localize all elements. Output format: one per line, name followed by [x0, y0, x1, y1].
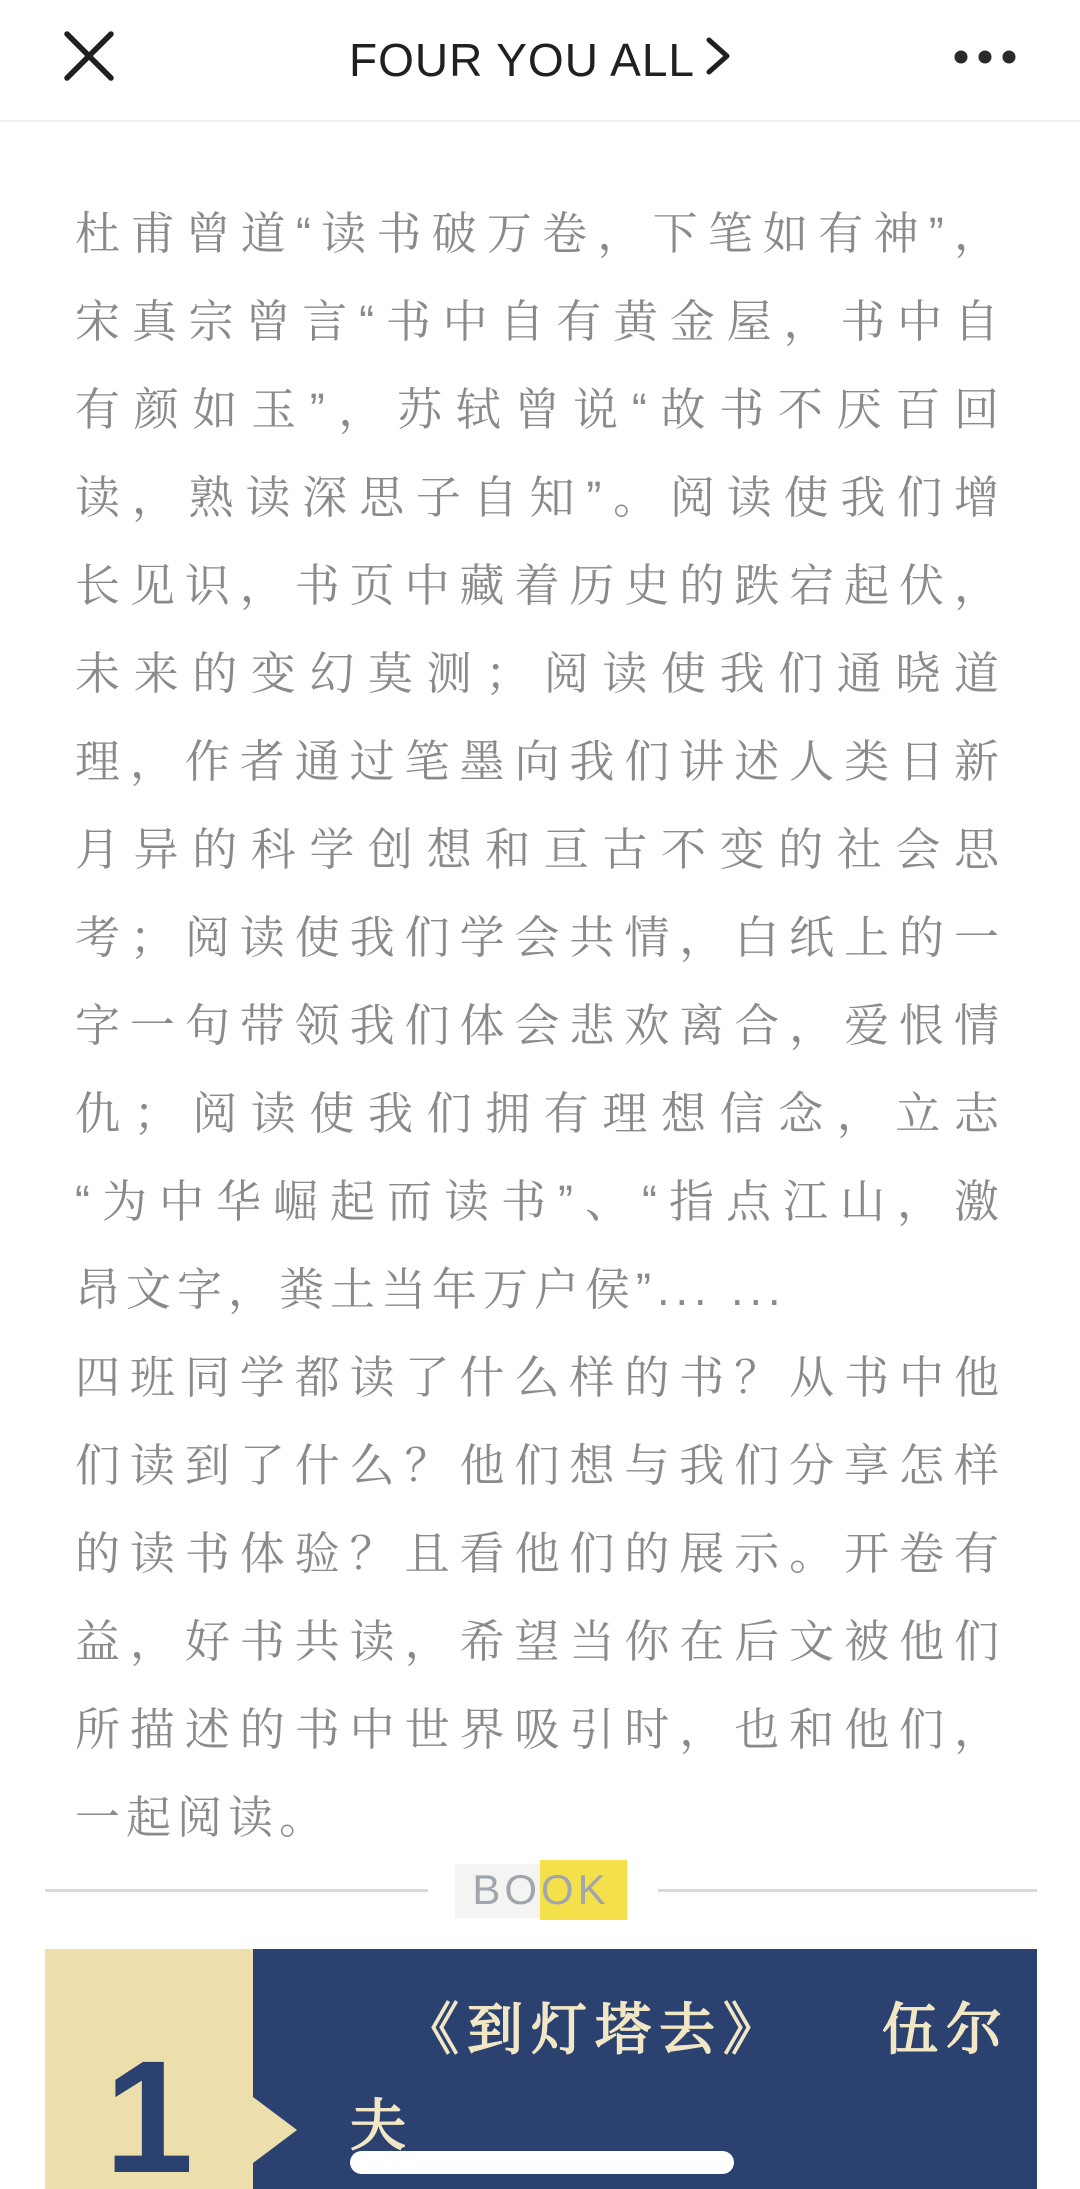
- article-line: 读，熟读深思子自知”。阅读使我们增: [75, 454, 1005, 542]
- book-title-line: 《到灯塔去》伍尔: [403, 1999, 1010, 2061]
- section-divider: BOOK: [0, 1860, 1080, 1920]
- chevron-right-icon: [705, 33, 731, 87]
- divider-line-right: [658, 1889, 1037, 1892]
- book-title-panel: 《到灯塔去》伍尔 夫: [253, 1949, 1037, 2189]
- ellipsis-icon: [951, 47, 1019, 70]
- article-line: 四班同学都读了什么样的书？从书中他: [75, 1334, 1005, 1422]
- article-line: 所描述的书中世界吸引时，也和他们，: [75, 1686, 1005, 1774]
- article-line: 理，作者通过笔墨向我们讲述人类日新: [75, 718, 1005, 806]
- article-line: “为中华崛起而读书”、“指点江山，激: [75, 1158, 1005, 1246]
- more-menu-button[interactable]: [945, 28, 1025, 88]
- close-button[interactable]: [58, 26, 120, 88]
- article-line: 昂文字，粪土当年万户侯”... ...: [75, 1246, 1005, 1334]
- article-line: 未来的变幻莫测；阅读使我们通晓道: [75, 630, 1005, 718]
- account-title-text: FOUR YOU ALL: [349, 33, 695, 87]
- book-number: 1: [45, 2037, 253, 2189]
- account-title[interactable]: FOUR YOU ALL: [0, 33, 1080, 87]
- book-author-part2: 夫: [350, 2095, 414, 2157]
- article-body: 杜甫曾道“读书破万卷，下笔如有神”，宋真宗曾言“书中自有黄金屋，书中自有颜如玉”…: [0, 190, 1080, 1862]
- article-line: 益，好书共读，希望当你在后文被他们: [75, 1598, 1005, 1686]
- divider-label-text: BOOK: [455, 1860, 627, 1920]
- article-line: 一起阅读。: [75, 1774, 1005, 1862]
- article-line: 宋真宗曾言“书中自有黄金屋，书中自: [75, 278, 1005, 366]
- article-line: 的读书体验？且看他们的展示。开卷有: [75, 1510, 1005, 1598]
- number-arrow-pointer: [253, 2097, 297, 2163]
- close-icon: [62, 29, 116, 86]
- divider-line-left: [45, 1889, 428, 1892]
- top-bar: FOUR YOU ALL: [0, 0, 1080, 122]
- article-line: 仇；阅读使我们拥有理想信念，立志: [75, 1070, 1005, 1158]
- article-line: 有颜如玉”，苏轼曾说“故书不厌百回: [75, 366, 1005, 454]
- book-title: 《到灯塔去》: [403, 1998, 787, 2061]
- article-line: 杜甫曾道“读书破万卷，下笔如有神”，: [75, 190, 1005, 278]
- article-line: 们读到了什么？他们想与我们分享怎样: [75, 1422, 1005, 1510]
- article-line: 月异的科学创想和亘古不变的社会思: [75, 806, 1005, 894]
- article-line: 考；阅读使我们学会共情，白纸上的一: [75, 894, 1005, 982]
- article-line: 字一句带领我们体会悲欢离合，爱恨情: [75, 982, 1005, 1070]
- title-underline: [350, 2151, 734, 2174]
- article-line: 长见识，书页中藏着历史的跌宕起伏，: [75, 542, 1005, 630]
- book-author-part1: 伍尔: [882, 1998, 1010, 2061]
- book-card: 1 《到灯塔去》伍尔 夫: [45, 1949, 1037, 2189]
- article-page: FOUR YOU ALL 杜甫曾道“读书破万卷，下笔如有神”，宋真宗曾言“书中自…: [0, 0, 1080, 2189]
